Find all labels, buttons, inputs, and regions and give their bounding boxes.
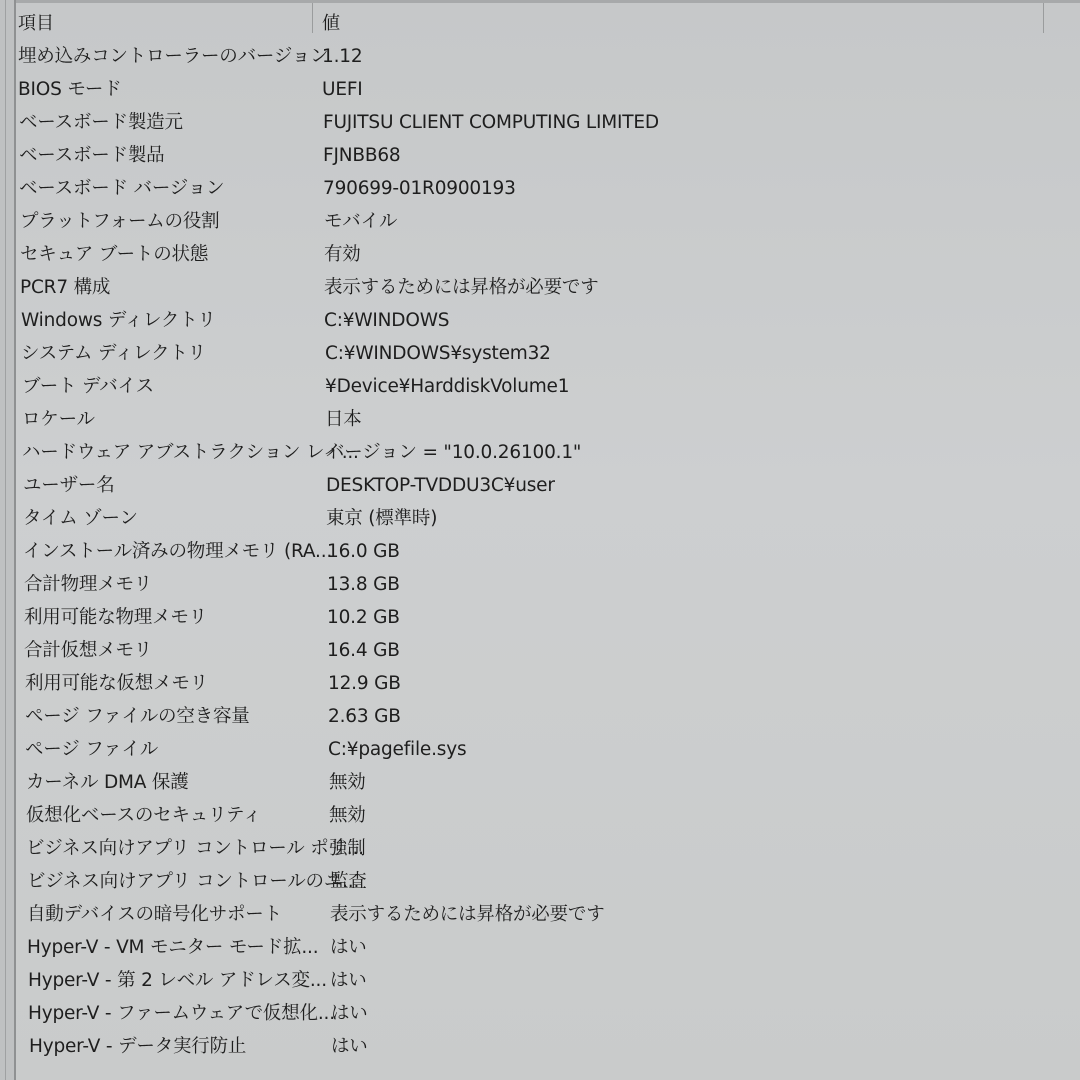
column-divider[interactable] [312, 3, 313, 33]
list-row[interactable]: ビジネス向けアプリ コントロールのユ...監査 [16, 865, 1080, 898]
item-value: 10.2 GB [327, 601, 400, 634]
list-row[interactable]: Windows ディレクトリC:¥WINDOWS [16, 304, 1080, 337]
list-row[interactable]: 利用可能な仮想メモリ12.9 GB [16, 667, 1080, 700]
system-summary-list[interactable]: 項目 値 埋め込みコントローラーのバージョン1.12BIOS モードUEFIベー… [16, 3, 1080, 1080]
item-name: ページ ファイルの空き容量 [25, 700, 250, 733]
item-name: 埋め込みコントローラーのバージョン [18, 40, 328, 73]
item-name: 合計仮想メモリ [24, 634, 152, 667]
list-row[interactable]: ユーザー名DESKTOP-TVDDU3C¥user [16, 469, 1080, 502]
list-row[interactable]: Hyper-V - 第 2 レベル アドレス変...はい [16, 964, 1080, 997]
list-row[interactable]: システム ディレクトリC:¥WINDOWS¥system32 [16, 337, 1080, 370]
item-value: バージョン = "10.0.26100.1" [326, 436, 581, 469]
item-name: Windows ディレクトリ [21, 304, 216, 337]
list-row[interactable]: タイム ゾーン東京 (標準時) [16, 502, 1080, 535]
item-name: ロケール [22, 403, 95, 436]
item-name: Hyper-V - 第 2 レベル アドレス変... [28, 964, 327, 997]
item-value: 日本 [325, 403, 362, 436]
column-divider[interactable] [1043, 3, 1044, 33]
system-information-window: 項目 値 埋め込みコントローラーのバージョン1.12BIOS モードUEFIベー… [0, 0, 1080, 1080]
list-row[interactable]: ハードウェア アブストラクション レイ...バージョン = "10.0.2610… [16, 436, 1080, 469]
list-row[interactable]: 仮想化ベースのセキュリティ無効 [16, 799, 1080, 832]
item-value: 無効 [329, 766, 366, 799]
item-name: 自動デバイスの暗号化サポート [27, 898, 282, 931]
item-name: Hyper-V - VM モニター モード拡... [27, 931, 318, 964]
item-value: 表示するためには昇格が必要です [330, 898, 605, 931]
item-name: ページ ファイル [25, 733, 158, 766]
list-row[interactable]: ページ ファイルの空き容量2.63 GB [16, 700, 1080, 733]
item-name: カーネル DMA 保護 [26, 766, 189, 799]
item-name: ベースボード製造元 [19, 106, 183, 139]
list-row[interactable]: ベースボード製品FJNBB68 [16, 139, 1080, 172]
list-row[interactable]: 合計物理メモリ13.8 GB [16, 568, 1080, 601]
list-row[interactable]: カーネル DMA 保護無効 [16, 766, 1080, 799]
list-row[interactable]: 利用可能な物理メモリ10.2 GB [16, 601, 1080, 634]
item-value: 強制 [329, 832, 366, 865]
item-value: FUJITSU CLIENT COMPUTING LIMITED [323, 106, 659, 139]
item-name: 利用可能な仮想メモリ [25, 667, 208, 700]
item-name: ビジネス向けアプリ コントロールのユ... [27, 865, 359, 898]
item-value: ¥Device¥HarddiskVolume1 [325, 370, 569, 403]
pane-splitter[interactable] [0, 0, 16, 1080]
item-value: UEFI [322, 73, 363, 106]
item-value: 表示するためには昇格が必要です [324, 271, 599, 304]
item-value: モバイル [324, 205, 397, 238]
item-value: 13.8 GB [327, 568, 400, 601]
item-name: PCR7 構成 [20, 271, 110, 304]
item-name: インストール済みの物理メモリ (RA... [23, 535, 332, 568]
list-row[interactable]: 埋め込みコントローラーのバージョン1.12 [16, 40, 1080, 73]
item-value: はい [330, 964, 367, 997]
list-row[interactable]: プラットフォームの役割モバイル [16, 205, 1080, 238]
item-name: 合計物理メモリ [24, 568, 152, 601]
item-value: はい [330, 931, 367, 964]
list-row[interactable]: ベースボード バージョン790699-01R0900193 [16, 172, 1080, 205]
list-row[interactable]: ブート デバイス¥Device¥HarddiskVolume1 [16, 370, 1080, 403]
item-value: DESKTOP-TVDDU3C¥user [326, 469, 555, 502]
item-name: 仮想化ベースのセキュリティ [26, 799, 261, 832]
list-row[interactable]: Hyper-V - ファームウェアで仮想化...はい [16, 997, 1080, 1030]
list-row[interactable]: Hyper-V - データ実行防止はい [16, 1030, 1080, 1063]
item-value: 東京 (標準時) [326, 502, 437, 535]
list-row[interactable]: Hyper-V - VM モニター モード拡...はい [16, 931, 1080, 964]
item-value: 12.9 GB [328, 667, 401, 700]
item-value: 16.4 GB [327, 634, 400, 667]
item-value: 無効 [329, 799, 366, 832]
item-value: FJNBB68 [323, 139, 400, 172]
item-name: ベースボード バージョン [19, 172, 224, 205]
list-row[interactable]: BIOS モードUEFI [16, 73, 1080, 106]
list-header: 項目 値 [16, 3, 1080, 39]
list-row[interactable]: ビジネス向けアプリ コントロール ポリ...強制 [16, 832, 1080, 865]
item-value: C:¥WINDOWS [324, 304, 449, 337]
item-name: Hyper-V - データ実行防止 [29, 1030, 246, 1063]
item-value: 有効 [324, 238, 361, 271]
list-row[interactable]: 合計仮想メモリ16.4 GB [16, 634, 1080, 667]
item-name: ブート デバイス [22, 370, 154, 403]
item-name: ユーザー名 [23, 469, 115, 502]
item-value: はい [331, 1030, 368, 1063]
list-row[interactable]: 自動デバイスの暗号化サポート表示するためには昇格が必要です [16, 898, 1080, 931]
list-row[interactable]: ロケール日本 [16, 403, 1080, 436]
item-value: 1.12 [322, 40, 362, 73]
item-name: プラットフォームの役割 [20, 205, 219, 238]
item-name: ハードウェア アブストラクション レイ... [22, 436, 359, 469]
list-row[interactable]: PCR7 構成表示するためには昇格が必要です [16, 271, 1080, 304]
item-value: C:¥WINDOWS¥system32 [325, 337, 551, 370]
list-row[interactable]: インストール済みの物理メモリ (RA...16.0 GB [16, 535, 1080, 568]
item-value: 2.63 GB [328, 700, 401, 733]
column-header-value[interactable]: 値 [322, 9, 340, 35]
item-value: 790699-01R0900193 [323, 172, 516, 205]
item-name: Hyper-V - ファームウェアで仮想化... [28, 997, 335, 1030]
item-name: ビジネス向けアプリ コントロール ポリ... [26, 832, 364, 865]
item-value: C:¥pagefile.sys [328, 733, 466, 766]
item-name: 利用可能な物理メモリ [24, 601, 207, 634]
item-value: 16.0 GB [327, 535, 400, 568]
item-value: 監査 [330, 865, 367, 898]
item-name: BIOS モード [18, 73, 122, 106]
item-name: タイム ゾーン [23, 502, 138, 535]
item-name: ベースボード製品 [19, 139, 164, 172]
list-row[interactable]: ベースボード製造元FUJITSU CLIENT COMPUTING LIMITE… [16, 106, 1080, 139]
list-row[interactable]: ページ ファイルC:¥pagefile.sys [16, 733, 1080, 766]
column-header-item[interactable]: 項目 [18, 9, 54, 35]
list-row[interactable]: セキュア ブートの状態有効 [16, 238, 1080, 271]
item-name: システム ディレクトリ [21, 337, 206, 370]
item-value: はい [331, 997, 368, 1030]
item-name: セキュア ブートの状態 [20, 238, 208, 271]
